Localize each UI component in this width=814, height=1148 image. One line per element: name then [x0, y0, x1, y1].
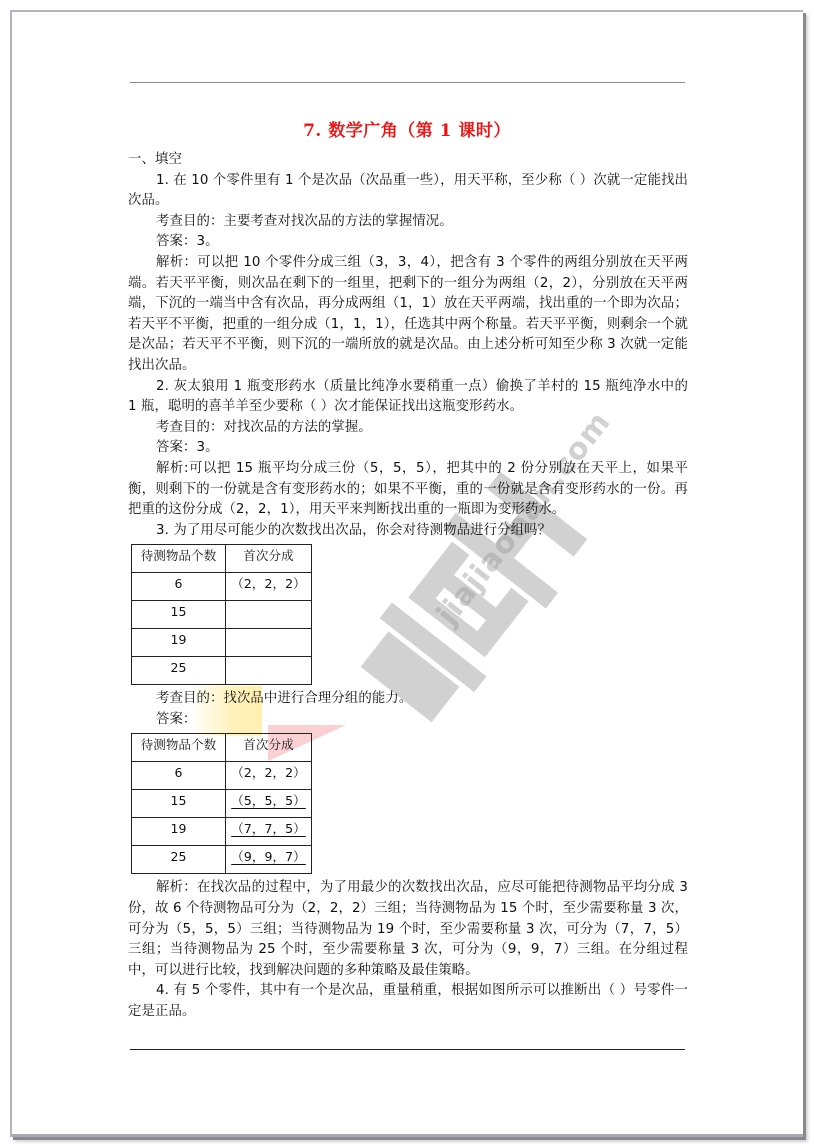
table-row: 25	[132, 657, 312, 685]
question-3-stem: 3. 为了用尽可能少的次数找出次品，你会对待测物品进行分组吗？	[128, 521, 688, 542]
table-cell-blank	[226, 629, 312, 657]
underlined-answer: （5，5，5）	[231, 793, 306, 808]
table-cell: 19	[132, 818, 226, 846]
question-2-analysis: 解析:可以把 15 瓶平均分成三份（5，5，5），把其中的 2 份分别放在天平上…	[128, 459, 688, 521]
table-cell-blank	[226, 657, 312, 685]
question-1-purpose: 考查目的：主要考查对找次品的方法的掌握情况。	[128, 212, 688, 233]
question-4-stem: 4. 有 5 个零件，其中有一个是次品，重量稍重，根据如图所示可以推断出（ ）号…	[128, 981, 688, 1022]
table-header-row: 待测物品个数 首次分成	[132, 734, 312, 762]
table-header-cell: 待测物品个数	[132, 734, 226, 762]
table-cell: （2，2，2）	[226, 762, 312, 790]
underlined-answer: （7，7，5）	[231, 821, 306, 836]
table-cell: 6	[132, 573, 226, 601]
question-3-answer-table: 待测物品个数 首次分成 6 （2，2，2） 15 （5，5，5） 19 （7，7…	[131, 733, 312, 874]
page-title: 7. 数学广角（第 1 课时）	[0, 116, 814, 141]
question-3-answer-label: 答案：	[128, 710, 688, 731]
table-cell-blank	[226, 601, 312, 629]
table-row: 19 （7，7，5）	[132, 818, 312, 846]
table-row: 15 （5，5，5）	[132, 790, 312, 818]
table-cell-answer: （7，7，5）	[226, 818, 312, 846]
underlined-answer: （9，9，7）	[231, 849, 306, 864]
table-header-cell: 待测物品个数	[132, 545, 226, 573]
footer-rule	[130, 1049, 685, 1050]
table-cell: 19	[132, 629, 226, 657]
question-1-analysis: 解析：可以把 10 个零件分成三组（3，3，4），把含有 3 个零件的两组分别放…	[128, 253, 688, 377]
question-1-stem: 1. 在 10 个零件里有 1 个是次品（次品重一些），用天平称，至少称（ ）次…	[128, 171, 688, 212]
question-2-answer: 答案：3。	[128, 438, 688, 459]
table-cell: 25	[132, 657, 226, 685]
section-heading: 一、填空	[128, 150, 688, 171]
document-body: 一、填空 1. 在 10 个零件里有 1 个是次品（次品重一些），用天平称，至少…	[128, 150, 688, 1023]
question-3-analysis: 解析：在找次品的过程中，为了用最少的次数找出次品，应尽可能把待测物品平均分成 3…	[128, 878, 688, 981]
table-header-cell: 首次分成	[226, 734, 312, 762]
question-3-table: 待测物品个数 首次分成 6 （2，2，2） 15 19 25	[131, 544, 312, 685]
header-rule	[130, 82, 685, 83]
table-row: 6 （2，2，2）	[132, 573, 312, 601]
question-1-answer: 答案：3。	[128, 232, 688, 253]
table-cell-answer: （5，5，5）	[226, 790, 312, 818]
table-cell: 15	[132, 601, 226, 629]
table-cell: 6	[132, 762, 226, 790]
table-header-row: 待测物品个数 首次分成	[132, 545, 312, 573]
question-2-stem: 2. 灰太狼用 1 瓶变形药水（质量比纯净水要稍重一点）偷换了羊村的 15 瓶纯…	[128, 377, 688, 418]
table-row: 25 （9，9，7）	[132, 846, 312, 874]
table-row: 6 （2，2，2）	[132, 762, 312, 790]
table-header-cell: 首次分成	[226, 545, 312, 573]
table-cell: 25	[132, 846, 226, 874]
table-cell-answer: （9，9，7）	[226, 846, 312, 874]
question-3-purpose: 考查目的：找次品中进行合理分组的能力。	[128, 689, 688, 710]
table-cell: 15	[132, 790, 226, 818]
question-2-purpose: 考查目的：对找次品的方法的掌握。	[128, 418, 688, 439]
table-row: 19	[132, 629, 312, 657]
table-cell: （2，2，2）	[226, 573, 312, 601]
table-row: 15	[132, 601, 312, 629]
